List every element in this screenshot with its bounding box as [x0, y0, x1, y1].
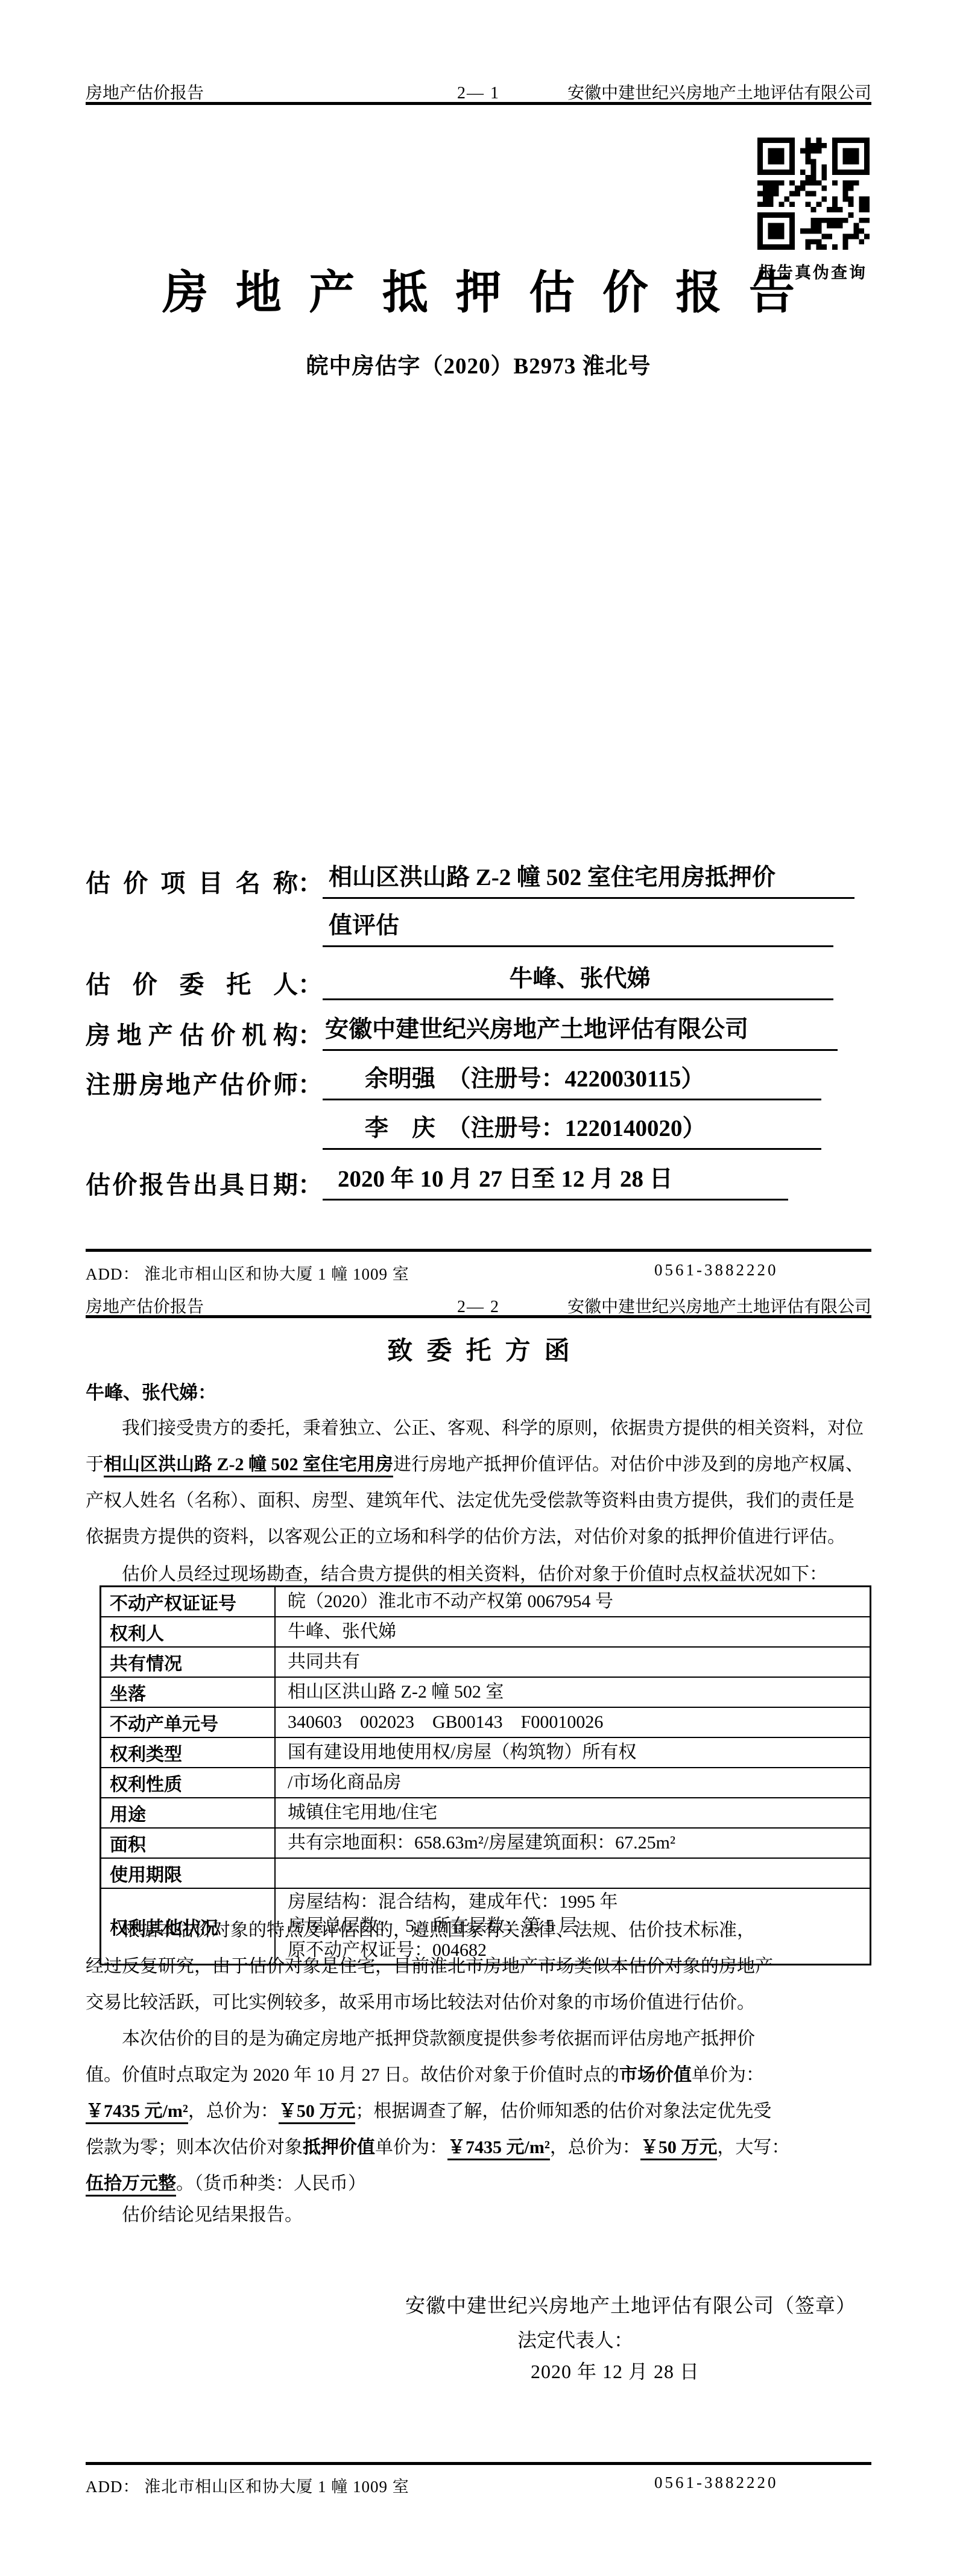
- footer-phone: 0561-3882220: [654, 2473, 779, 2492]
- table-value-cell: [275, 1858, 871, 1888]
- letter-paragraph-5: 估价结论见结果报告。: [86, 2197, 874, 2233]
- text-line: ￥7435 元/m²，总价为：￥50 万元；根据调查了解，估价师知悉的估价对象法…: [86, 2093, 874, 2130]
- appraiser1-value: 余明强 （注册号：4220030115）: [323, 1065, 821, 1100]
- letter-paragraph-1: 我们接受贵方的委托，秉着独立、公正、客观、科学的原则，依据贵方提供的相关资料，对…: [86, 1410, 874, 1555]
- footer-rule: [86, 2462, 871, 2465]
- table-row: 面积共有宗地面积：658.63m²/房屋建筑面积：67.25m²: [101, 1828, 871, 1858]
- table-value-cell: 340603 002023 GB00143 F00010026: [275, 1707, 871, 1737]
- footer-phone: 0561-3882220: [654, 1261, 779, 1280]
- table-label-cell: 面积: [101, 1828, 276, 1858]
- property-rights-table: 不动产权证证号皖（2020）淮北市不动产权第 0067954 号权利人牛峰、张代…: [99, 1585, 871, 1965]
- table-label-cell: 用途: [101, 1798, 276, 1828]
- signature-date: 2020 年 12 月 28 日: [531, 2356, 700, 2384]
- appraiser-field-2: ： 李 庆 （注册号：1220140020）: [86, 1112, 854, 1150]
- header-rule: [86, 1315, 871, 1318]
- table-label-cell: 权利人: [101, 1617, 276, 1647]
- legal-representative-label: 法定代表人：: [517, 2325, 633, 2353]
- project-name-field-line2: ： 值评估: [86, 907, 854, 947]
- label-colon: ：: [298, 1020, 323, 1051]
- text-line: 伍拾万元整。（货币种类：人民币）: [86, 2166, 874, 2202]
- table-value-cell: 城镇住宅用地/住宅: [275, 1798, 871, 1828]
- agency-field: 房地产估价机构： 安徽中建世纪兴房地产土地评估有限公司: [86, 1012, 854, 1051]
- text-line: 于相山区洪山路 Z-2 幢 502 室住宅用房进行房地产抵押价值评估。对估价中涉…: [86, 1447, 874, 1483]
- letter-paragraph-3: 根据本估价对象的特点及评估目的，遵照国家有关法律、法规、估价技术标准，经过反复研…: [86, 1912, 874, 2021]
- table-label-cell: 共有情况: [101, 1647, 276, 1677]
- header-page-number: 2— 1: [457, 83, 500, 104]
- page2-footer: ADD： 淮北市相山区和协大厦 1 幢 1009 室 0561-3882220: [86, 2473, 871, 2497]
- table-label-cell: 不动产权证证号: [101, 1587, 276, 1617]
- agency-value: 安徽中建世纪兴房地产土地评估有限公司: [323, 1016, 838, 1051]
- table-label-cell: 使用期限: [101, 1858, 276, 1888]
- table-value-cell: 相山区洪山路 Z-2 幢 502 室: [275, 1677, 871, 1707]
- table-value-cell: 国有建设用地使用权/房屋（构筑物）所有权: [275, 1737, 871, 1768]
- table-value-cell: /市场化商品房: [275, 1768, 871, 1798]
- table-row: 权利类型国有建设用地使用权/房屋（构筑物）所有权: [101, 1737, 871, 1768]
- header-company-name: 安徽中建世纪兴房地产土地评估有限公司: [567, 83, 871, 104]
- project-name-value-line2: 值评估: [323, 912, 833, 947]
- page1-footer: ADD： 淮北市相山区和协大厦 1 幢 1009 室 0561-3882220: [86, 1261, 871, 1284]
- text-line: 我们接受贵方的委托，秉着独立、公正、客观、科学的原则，依据贵方提供的相关资料，对…: [86, 1410, 874, 1447]
- report-date-field: 估价报告出具日期： 2020 年 10 月 27 日至 12 月 28 日: [86, 1163, 854, 1201]
- table-row: 不动产权证证号皖（2020）淮北市不动产权第 0067954 号: [101, 1587, 871, 1617]
- report-date-value: 2020 年 10 月 27 日至 12 月 28 日: [323, 1166, 788, 1201]
- text-line: 偿款为零；则本次估价对象抵押价值单价为：￥7435 元/m²，总价为：￥50 万…: [86, 2130, 874, 2166]
- project-name-label: 估价项目名称: [86, 868, 298, 899]
- appraiser-field-1: 注册房地产估价师： 余明强 （注册号：4220030115）: [86, 1063, 854, 1100]
- agency-label: 房地产估价机构: [86, 1020, 298, 1051]
- table-row: 权利人牛峰、张代娣: [101, 1617, 871, 1647]
- header-doc-type: 房地产估价报告: [86, 1297, 204, 1318]
- table-label-cell: 权利类型: [101, 1737, 276, 1768]
- footer-rule: [86, 1249, 871, 1252]
- table-value-cell: 共有宗地面积：658.63m²/房屋建筑面积：67.25m²: [275, 1828, 871, 1858]
- text-line: 交易比较活跃，可比实例较多，故采用市场比较法对估价对象的市场价值进行估价。: [86, 1985, 874, 2021]
- appraiser2-value: 李 庆 （注册号：1220140020）: [323, 1115, 821, 1150]
- letter-title: 致委托方函: [0, 1331, 957, 1367]
- table-value-cell: 共同共有: [275, 1647, 871, 1677]
- report-date-label: 估价报告出具日期: [86, 1170, 298, 1201]
- label-colon: ：: [298, 969, 323, 1000]
- salutation: 牛峰、张代娣：: [86, 1377, 216, 1404]
- signature-company: 安徽中建世纪兴房地产土地评估有限公司（签章）: [405, 2290, 856, 2318]
- text-line: 估价结论见结果报告。: [86, 2197, 874, 2233]
- project-name-value-line1: 相山区洪山路 Z-2 幢 502 室住宅用房抵押价: [323, 864, 854, 899]
- text-line: 产权人姓名（名称）、面积、房型、建筑年代、法定优先受偿款等资料由贵方提供，我们的…: [86, 1483, 874, 1519]
- qr-code: [757, 138, 870, 250]
- table-row: 坐落相山区洪山路 Z-2 幢 502 室: [101, 1677, 871, 1707]
- label-colon: ：: [298, 868, 323, 899]
- table-row: 权利性质/市场化商品房: [101, 1768, 871, 1798]
- table-row: 共有情况共同共有: [101, 1647, 871, 1677]
- table-row: 使用期限: [101, 1858, 871, 1888]
- header-doc-type: 房地产估价报告: [86, 83, 204, 104]
- footer-address: ADD： 淮北市相山区和协大厦 1 幢 1009 室: [86, 2478, 409, 2496]
- text-line: 根据本估价对象的特点及评估目的，遵照国家有关法律、法规、估价技术标准，: [86, 1912, 874, 1949]
- page2-running-header: 房地产估价报告 2— 2 安徽中建世纪兴房地产土地评估有限公司: [86, 1297, 871, 1318]
- appraiser-label: 注册房地产估价师: [86, 1070, 298, 1100]
- table-value-cell: 皖（2020）淮北市不动产权第 0067954 号: [275, 1587, 871, 1617]
- text-line: 本次估价的目的是为确定房地产抵押贷款额度提供参考依据而评估房地产抵押价: [86, 2021, 874, 2057]
- report-document: 房地产估价报告 2— 1 安徽中建世纪兴房地产土地评估有限公司 报告真伪查询 房…: [0, 0, 957, 2576]
- text-line: 经过反复研究，由于估价对象是住宅，目前淮北市房地产市场类似本估价对象的房地产: [86, 1949, 874, 1985]
- label-colon: ：: [298, 1070, 323, 1100]
- page1-running-header: 房地产估价报告 2— 1 安徽中建世纪兴房地产土地评估有限公司: [86, 83, 871, 104]
- report-title: 房地产抵押估价报告: [0, 256, 957, 322]
- table-label-cell: 不动产单元号: [101, 1707, 276, 1737]
- header-page-number: 2— 2: [457, 1297, 500, 1318]
- table-row: 用途城镇住宅用地/住宅: [101, 1798, 871, 1828]
- header-company-name: 安徽中建世纪兴房地产土地评估有限公司: [567, 1297, 871, 1318]
- client-field: 估价委托人： 牛峰、张代娣: [86, 960, 854, 1000]
- table-row: 不动产单元号340603 002023 GB00143 F00010026: [101, 1707, 871, 1737]
- text-line: 值。价值时点取定为 2020 年 10 月 27 日。故估价对象于价值时点的市场…: [86, 2057, 874, 2093]
- footer-address: ADD： 淮北市相山区和协大厦 1 幢 1009 室: [86, 1265, 409, 1283]
- letter-paragraph-4: 本次估价的目的是为确定房地产抵押贷款额度提供参考依据而评估房地产抵押价值。价值时…: [86, 2021, 874, 2202]
- table-label-cell: 权利性质: [101, 1768, 276, 1798]
- client-label: 估价委托人: [86, 969, 298, 1000]
- table-value-cell: 牛峰、张代娣: [275, 1617, 871, 1647]
- project-name-field: 估价项目名称： 相山区洪山路 Z-2 幢 502 室住宅用房抵押价: [86, 859, 854, 899]
- table-label-cell: 坐落: [101, 1677, 276, 1707]
- label-colon: ：: [298, 1170, 323, 1201]
- client-value: 牛峰、张代娣: [323, 965, 833, 1000]
- report-number: 皖中房估字（2020）B2973 淮北号: [0, 347, 957, 380]
- header-rule: [86, 102, 871, 105]
- text-line: 依据贵方提供的资料，以客观公正的立场和科学的估价方法，对估价对象的抵押价值进行评…: [86, 1519, 874, 1555]
